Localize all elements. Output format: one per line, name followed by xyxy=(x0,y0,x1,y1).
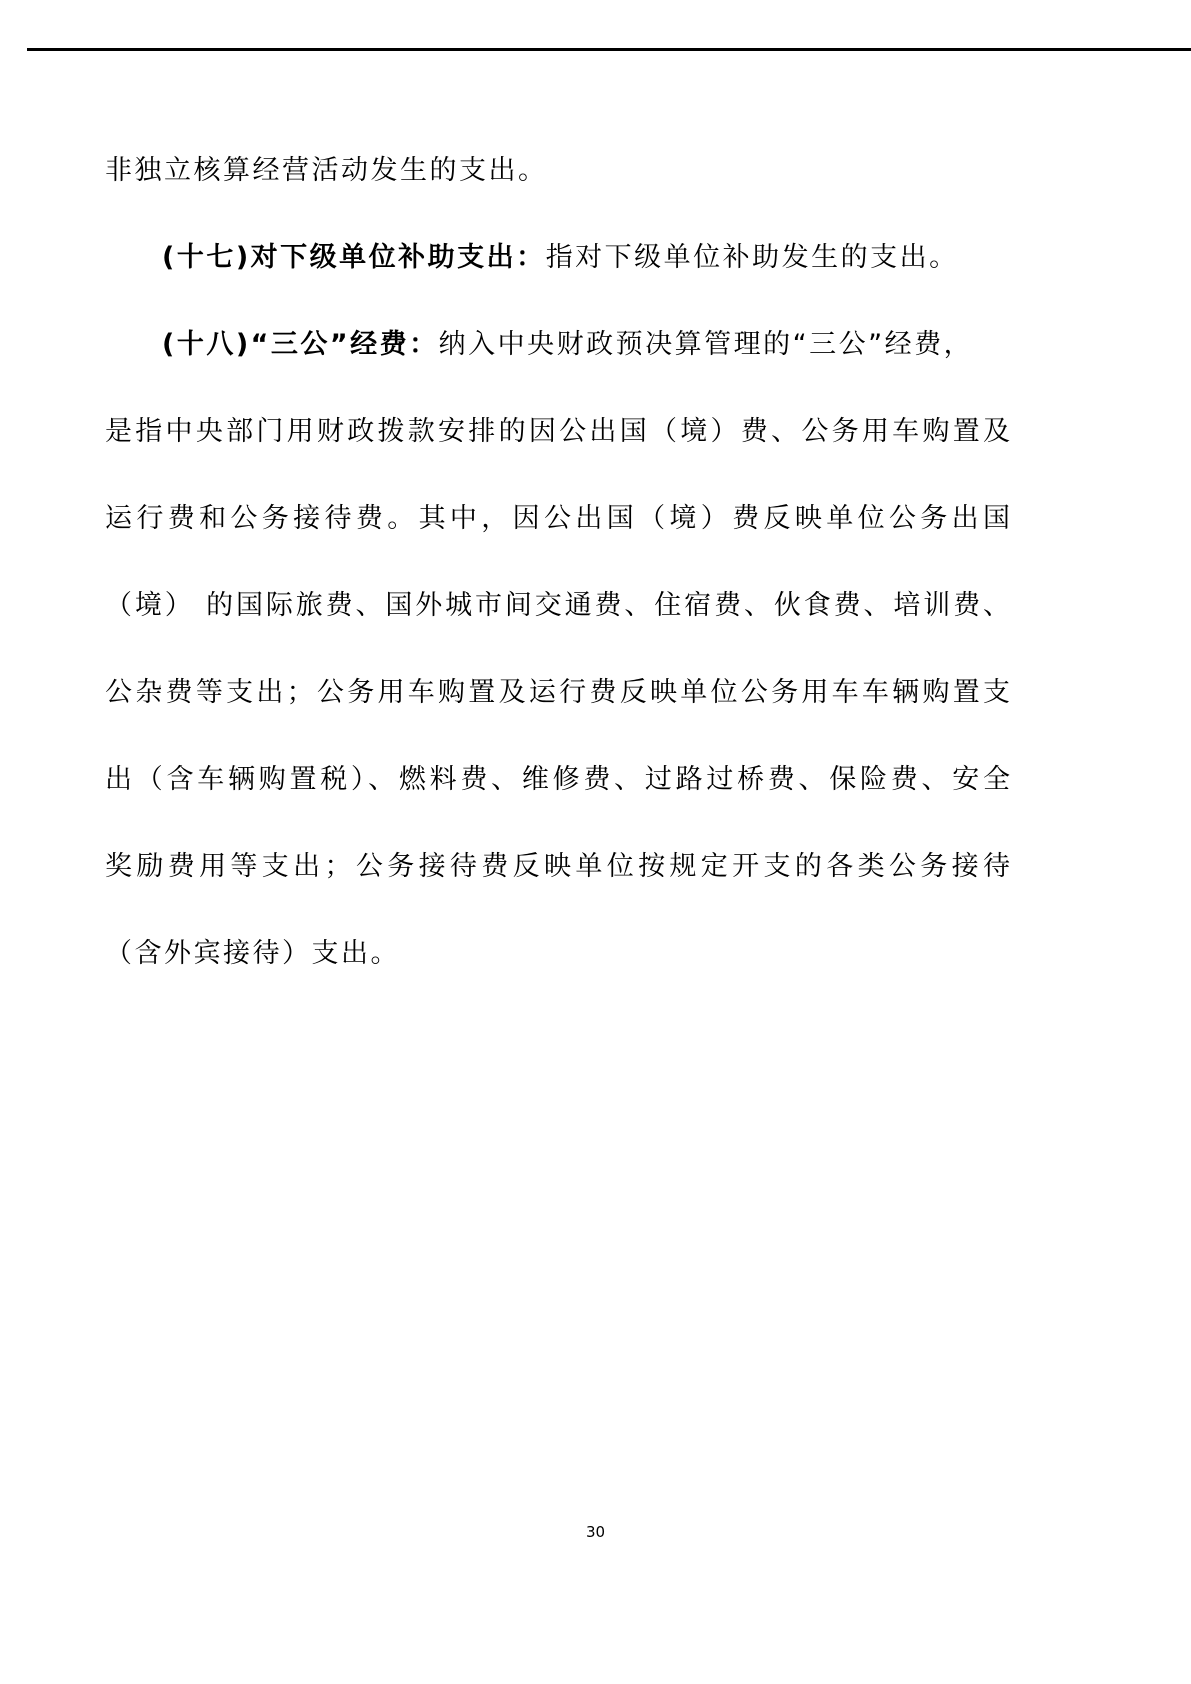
item-17-body: 指对下级单位补助发生的支出。 xyxy=(546,242,959,273)
paragraph-line: 公杂费等支出；公务用车购置及运行费反映单位公务用车车辆购置支 xyxy=(105,667,1010,754)
paragraph-line: （含外宾接待）支出。 xyxy=(105,928,1010,1015)
item-18-first-line-body: 纳入中央财政预决算管理的“三公”经费， xyxy=(439,329,973,360)
page-number: 30 xyxy=(0,1523,1191,1541)
paragraph-line: 出（含车辆购置税）、燃料费、维修费、过路过桥费、保险费、安全 xyxy=(105,754,1010,841)
item-18-heading: (十八)“三公”经费： xyxy=(162,329,439,360)
item-17-heading: (十七)对下级单位补助支出： xyxy=(162,242,546,273)
header-rule xyxy=(27,48,1191,51)
paragraph-continuation: 非独立核算经营活动发生的支出。 xyxy=(105,145,1010,232)
paragraph-item-17: (十七)对下级单位补助支出：指对下级单位补助发生的支出。 xyxy=(105,232,1010,319)
paragraph-item-18-first-line: (十八)“三公”经费：纳入中央财政预决算管理的“三公”经费， xyxy=(105,319,1010,406)
paragraph-line: （境） 的国际旅费、国外城市间交通费、住宿费、伙食费、培训费、 xyxy=(105,580,1010,667)
paragraph-line: 是指中央部门用财政拨款安排的因公出国（境）费、公务用车购置及 xyxy=(105,406,1010,493)
paragraph-line: 运行费和公务接待费。其中，因公出国（境）费反映单位公务出国 xyxy=(105,493,1010,580)
document-body: 非独立核算经营活动发生的支出。 (十七)对下级单位补助支出：指对下级单位补助发生… xyxy=(105,145,1010,1015)
paragraph-line: 奖励费用等支出；公务接待费反映单位按规定开支的各类公务接待 xyxy=(105,841,1010,928)
